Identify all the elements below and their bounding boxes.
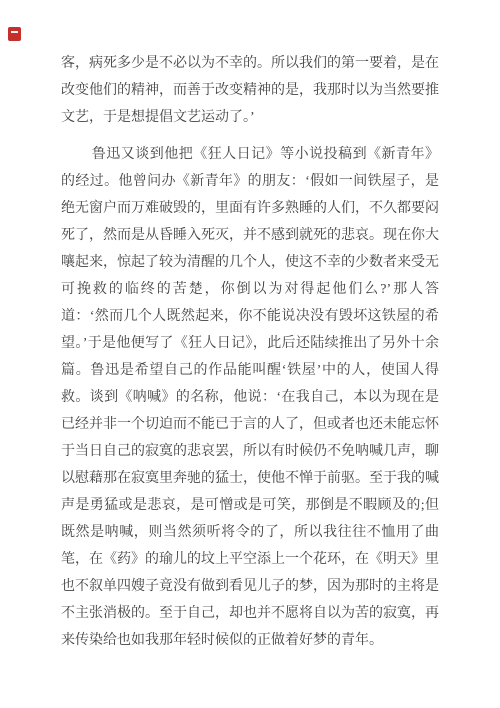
paragraph-continued: 客，病死多少是不必以为不幸的。所以我们的第一要着，是在改变他们的精神，而善于改变… bbox=[61, 50, 439, 131]
site-logo-icon bbox=[8, 27, 21, 41]
document-content: 客，病死多少是不必以为不幸的。所以我们的第一要着，是在改变他们的精神，而善于改变… bbox=[61, 50, 439, 654]
document-page: 客，病死多少是不必以为不幸的。所以我们的第一要着，是在改变他们的精神，而善于改变… bbox=[0, 0, 500, 708]
paragraph-main: 鲁迅又谈到他把《狂人日记》等小说投稿到《新青年》的经过。他曾问办《新青年》的朋友… bbox=[61, 141, 439, 654]
